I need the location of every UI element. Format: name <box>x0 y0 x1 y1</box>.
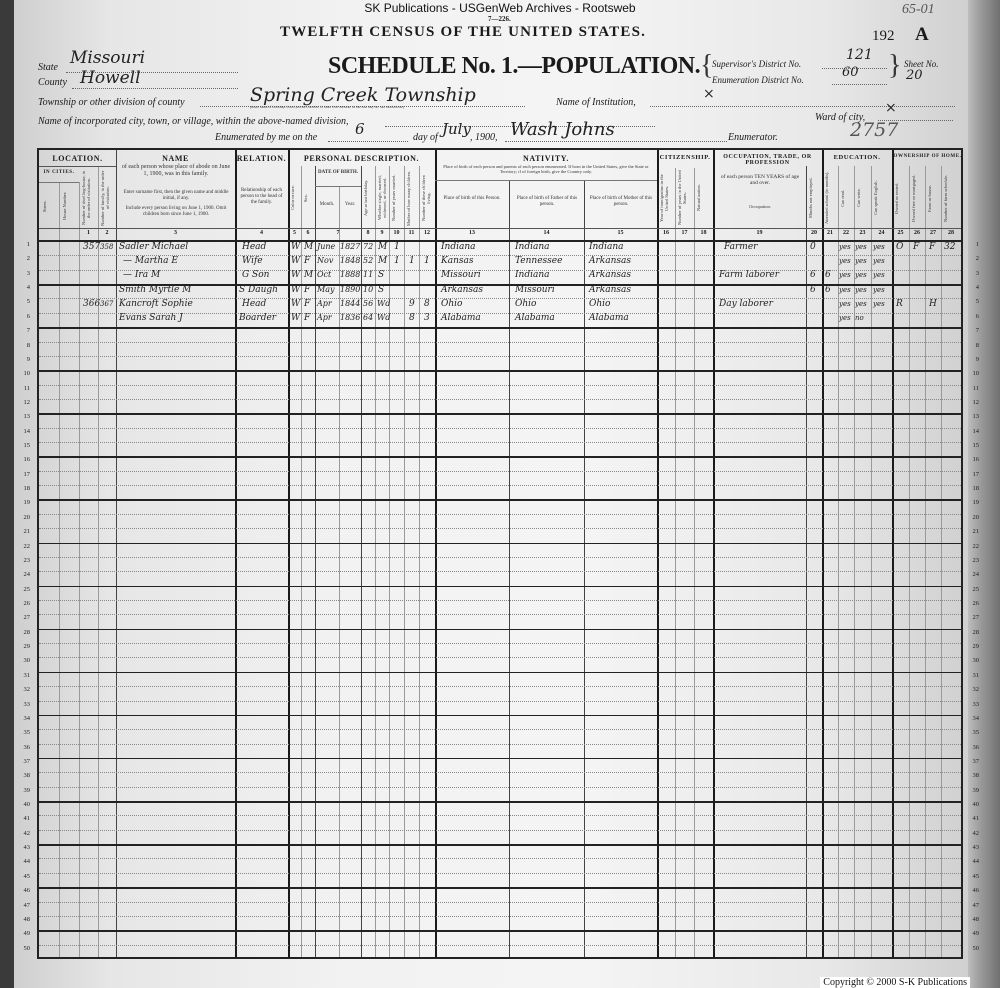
colnum: 4 <box>235 230 288 236</box>
county-label: County <box>38 77 67 88</box>
line-number: 10 <box>16 370 30 377</box>
colnum: 2 <box>98 230 116 236</box>
line-number: 40 <box>16 801 30 808</box>
line-number: 41 <box>965 815 979 822</box>
cell-father-birth: Alabama <box>515 312 555 324</box>
cell-write: yes <box>855 298 867 310</box>
row-rule <box>39 485 961 486</box>
cell-birth: Alabama <box>441 312 481 324</box>
row-rule <box>39 672 961 674</box>
census-title: TWELFTH CENSUS OF THE UNITED STATES. <box>280 24 646 41</box>
cell-write: no <box>855 312 864 324</box>
line-number: 37 <box>965 758 979 765</box>
enumerated-day-field <box>328 131 408 142</box>
cell-relation: G Son <box>242 269 269 281</box>
cell-birth: Kansas <box>441 255 474 267</box>
cell-year: 1848 <box>340 255 360 267</box>
row-rule <box>39 945 961 946</box>
scan-left-edge <box>0 0 14 988</box>
line-number: 37 <box>16 758 30 765</box>
cell-marital: S <box>378 269 384 281</box>
line-number: 33 <box>16 701 30 708</box>
cell-read: yes <box>839 241 851 253</box>
colnum: 23 <box>854 230 871 236</box>
row-rule <box>39 600 961 601</box>
cell-marital: M <box>378 255 387 267</box>
cell-dwelling: 366 <box>83 298 100 310</box>
cell-unemployed: 0 <box>810 241 816 253</box>
row-rule <box>39 557 961 558</box>
row-rule <box>39 614 961 615</box>
supervisor-district: 121 <box>846 47 873 63</box>
cell-dwelling: 357 <box>83 241 100 253</box>
vh-can-write: Can write. <box>856 170 869 226</box>
row-rule <box>39 543 961 545</box>
row-rule <box>39 528 961 529</box>
name-sub3: Include every person living on June 1, 1… <box>121 206 231 218</box>
township-hint: [Insert name of township, town, precinct… <box>250 105 530 109</box>
cell-month: Nov <box>317 255 333 267</box>
cell-family: 358 <box>100 241 113 253</box>
row-rule <box>39 413 961 415</box>
line-number: 38 <box>965 772 979 779</box>
vh-speak-english: Can speak English. <box>873 170 890 226</box>
cell-farm: F <box>929 241 935 253</box>
colnum: 19 <box>713 230 806 236</box>
cell-name: Kancroft Sophie <box>119 298 193 310</box>
line-number: 4 <box>16 284 30 291</box>
table-row[interactable]: — Martha E Wife W F Nov 1848 52 M 1 1 1 … <box>39 255 961 269</box>
line-number: 15 <box>16 442 30 449</box>
enumerator-label: Enumerator. <box>728 132 778 143</box>
row-rule <box>39 715 961 717</box>
cell-write: yes <box>855 269 867 281</box>
line-number: 22 <box>965 543 979 550</box>
cell-name: Evans Sarah J <box>119 312 183 324</box>
line-number: 9 <box>965 356 979 363</box>
occupation-col-label: Occupation. <box>717 204 803 210</box>
cell-mortgage: F <box>913 241 919 253</box>
line-number: 47 <box>16 902 30 909</box>
line-number: 11 <box>16 385 30 392</box>
section-education: EDUCATION. <box>822 154 892 161</box>
row-rule <box>39 657 961 658</box>
colnum: 20 <box>806 230 822 236</box>
township-label: Township or other division of county <box>38 97 185 108</box>
supervisor-district-label: Supervisor's District No. <box>712 59 801 69</box>
date-of-birth-label: DATE OF BIRTH. <box>315 170 361 176</box>
cell-mother-birth: Arkansas <box>589 284 631 296</box>
line-number: 5 <box>965 298 979 305</box>
row-rule <box>39 916 961 917</box>
colnum: 6 <box>301 230 315 236</box>
table-row[interactable]: Evans Sarah J Boarder W F Apr 1836 64 Wd… <box>39 312 961 326</box>
cell-name: — Ira M <box>123 269 160 281</box>
line-number: 21 <box>16 528 30 535</box>
cell-schedule: 32 <box>944 241 955 253</box>
cell-children-living: 8 <box>424 298 430 310</box>
line-number: 33 <box>965 701 979 708</box>
line-number: 29 <box>16 643 30 650</box>
colnum: 18 <box>694 230 713 236</box>
table-row[interactable]: Smith Myrtle M S Daugh W F May 1890 10 S… <box>39 284 961 298</box>
page-side: A <box>915 24 929 46</box>
vh-farm-house: Farm or house. <box>927 170 939 226</box>
colnum: 10 <box>389 230 404 236</box>
section-location: LOCATION. <box>39 154 116 163</box>
cell-english: yes <box>873 284 885 296</box>
line-number: 2 <box>965 255 979 262</box>
cell-sex: F <box>304 284 310 296</box>
margin-number: 2757 <box>850 119 898 141</box>
cell-age: 56 <box>363 298 373 310</box>
line-number: 25 <box>16 586 30 593</box>
cell-age: 64 <box>363 312 373 324</box>
row-rule <box>39 428 961 429</box>
cell-father-birth: Indiana <box>515 269 550 281</box>
line-number: 21 <box>965 528 979 535</box>
vh-school: Attended school (in months). <box>824 170 836 226</box>
cell-mother-birth: Arkansas <box>589 269 631 281</box>
row-rule <box>39 456 961 458</box>
vh-mortgaged: Owned free or mortgaged. <box>911 170 923 226</box>
line-number: 36 <box>965 744 979 751</box>
colnum: 3 <box>116 230 235 236</box>
name-sub1: of each person whose place of abode on J… <box>121 164 231 178</box>
row-rule <box>39 758 961 760</box>
colnum: 12 <box>419 230 435 236</box>
line-number: 26 <box>965 600 979 607</box>
cell-color: W <box>291 269 300 281</box>
row-rule <box>39 729 961 730</box>
line-number: 11 <box>965 385 979 392</box>
colnum: 11 <box>404 230 419 236</box>
enumerated-month: July <box>442 120 471 138</box>
colnum: 7 <box>315 230 361 236</box>
colnum: 5 <box>288 230 301 236</box>
section-citizenship: CITIZENSHIP. <box>657 154 713 161</box>
table-row[interactable]: 366 367 Kancroft Sophie Head W F Apr 184… <box>39 298 961 312</box>
line-number: 20 <box>965 514 979 521</box>
cell-color: W <box>291 284 300 296</box>
colnum: 21 <box>822 230 838 236</box>
ward-value: × <box>885 100 897 116</box>
line-number: 16 <box>16 456 30 463</box>
colnum: 13 <box>435 230 509 236</box>
cell-year: 1890 <box>340 284 360 296</box>
line-number: 31 <box>16 672 30 679</box>
cell-age: 72 <box>363 241 373 253</box>
line-number: 42 <box>16 830 30 837</box>
row-rule <box>39 686 961 687</box>
cell-write: yes <box>855 255 867 267</box>
line-number: 39 <box>16 787 30 794</box>
line-number: 1 <box>16 241 30 248</box>
line-number: 3 <box>965 270 979 277</box>
year-label: Year. <box>339 202 361 208</box>
line-number: 49 <box>965 930 979 937</box>
cell-relation: Boarder <box>239 312 276 324</box>
line-number: 24 <box>16 571 30 578</box>
line-number: 13 <box>965 413 979 420</box>
line-number: 38 <box>16 772 30 779</box>
scan-right-edge <box>968 0 1000 988</box>
month-label: Month. <box>315 202 339 208</box>
cell-mother-birth: Arkansas <box>589 255 631 267</box>
line-number: 12 <box>965 399 979 406</box>
section-relation: RELATION. <box>235 154 288 163</box>
row-rule <box>39 571 961 572</box>
line-number: 43 <box>965 844 979 851</box>
line-number: 3 <box>16 270 30 277</box>
vh-children-living: Number of these children living. <box>421 170 433 226</box>
cell-children-living: 1 <box>424 255 430 267</box>
vh-years-us: Number of years in the United States. <box>677 170 692 226</box>
line-number: 15 <box>965 442 979 449</box>
line-number: 23 <box>16 557 30 564</box>
cell-unemployed: 6 <box>810 269 816 281</box>
vh-naturalization: Naturalization. <box>696 170 711 226</box>
cell-birth: Ohio <box>441 298 462 310</box>
cell-relation: Wife <box>242 255 263 267</box>
cell-color: W <box>291 255 300 267</box>
township-value: Spring Creek Township <box>250 84 476 106</box>
cell-occupation: Day laborer <box>719 298 773 310</box>
cell-mother-birth: Indiana <box>589 241 624 253</box>
line-number: 34 <box>16 715 30 722</box>
line-number: 46 <box>965 887 979 894</box>
birth-father-label: Place of birth of Father of this person. <box>513 196 581 208</box>
line-number: 5 <box>16 298 30 305</box>
row-rule <box>39 787 961 788</box>
copyright-notice: Copyright © 2000 S-K Publications <box>820 977 970 988</box>
cell-unemployed: 6 <box>810 284 816 296</box>
institution-label: Name of Institution, <box>556 97 636 108</box>
cell-birth: Missouri <box>441 269 481 281</box>
line-number: 34 <box>965 715 979 722</box>
cell-farm: H <box>929 298 937 310</box>
cell-marital: Wd <box>377 312 390 324</box>
year-label: , 1900, <box>470 132 498 143</box>
colnum: 16 <box>657 230 675 236</box>
line-number: 32 <box>16 686 30 693</box>
cell-relation: Head <box>242 298 266 310</box>
line-number: 30 <box>16 657 30 664</box>
line-number: 18 <box>965 485 979 492</box>
vh-age: Age at last birthday. <box>363 170 373 226</box>
cell-color: W <box>291 298 300 310</box>
vh-can-read: Can read. <box>840 170 852 226</box>
cell-read: yes <box>839 312 851 324</box>
row-rule <box>39 873 961 874</box>
cell-english: yes <box>873 298 885 310</box>
cell-years-married: 1 <box>394 255 400 267</box>
day-of-label: day of <box>413 132 438 143</box>
page-number: 192 <box>872 28 895 45</box>
cell-sex: F <box>304 255 310 267</box>
row-rule <box>39 586 961 588</box>
line-number: 50 <box>965 945 979 952</box>
nativity-sub: Place of birth of each person and parent… <box>439 164 653 174</box>
row-rule <box>39 385 961 386</box>
row-rule <box>39 858 961 859</box>
row-rule <box>39 772 961 773</box>
line-number: 20 <box>16 514 30 521</box>
line-number: 23 <box>965 557 979 564</box>
cell-month: Oct <box>317 269 331 281</box>
cell-read: yes <box>839 269 851 281</box>
table-row[interactable]: 357 358 Sadler Michael Head W M June 182… <box>39 241 961 255</box>
cell-sex: M <box>304 269 313 281</box>
cell-month: May <box>317 284 334 296</box>
line-number: 6 <box>16 313 30 320</box>
state-value: Missouri <box>70 48 145 68</box>
line-number: 28 <box>965 629 979 636</box>
cell-month: Apr <box>317 298 332 310</box>
line-number: 6 <box>965 313 979 320</box>
cell-father-birth: Indiana <box>515 241 550 253</box>
cell-age: 52 <box>363 255 373 267</box>
colnum: 17 <box>675 230 694 236</box>
line-number: 46 <box>16 887 30 894</box>
colnum: 9 <box>375 230 389 236</box>
cell-father-birth: Missouri <box>515 284 555 296</box>
cell-english: yes <box>873 241 885 253</box>
cell-name: Smith Myrtle M <box>119 284 191 296</box>
line-number: 26 <box>16 600 30 607</box>
cell-name: — Martha E <box>123 255 178 267</box>
source-banner: SK Publications - USGenWeb Archives - Ro… <box>0 1 1000 15</box>
vh-street: Street. <box>42 186 56 226</box>
vh-color: Color or race. <box>290 170 300 226</box>
cell-name: Sadler Michael <box>119 241 188 253</box>
cell-father-birth: Tennessee <box>515 255 562 267</box>
line-number: 14 <box>16 428 30 435</box>
vh-marital: Whether single, married, widowed, or div… <box>377 170 387 226</box>
cell-marital: Wd <box>377 298 390 310</box>
enumerated-label: Enumerated by me on the <box>215 132 317 143</box>
line-number: 28 <box>16 629 30 636</box>
vh-owned-rented: Owned or rented. <box>894 170 907 226</box>
section-nativity: NATIVITY. <box>435 154 657 163</box>
vh-months-unemployed: Months not employed. <box>808 170 820 226</box>
right-brace: } <box>888 52 901 80</box>
colnum: 27 <box>925 230 941 236</box>
row-rule <box>39 930 961 932</box>
name-sub2: Enter surname first, then the given name… <box>121 190 231 202</box>
cell-school: 6 <box>825 284 831 296</box>
schedule-title: SCHEDULE No. 1.—POPULATION. <box>328 53 700 80</box>
cell-sex: F <box>304 298 310 310</box>
line-number: 48 <box>16 916 30 923</box>
line-number: 10 <box>965 370 979 377</box>
cell-father-birth: Ohio <box>515 298 536 310</box>
cell-sex: F <box>304 312 310 324</box>
enumerated-day: 6 <box>355 120 365 138</box>
row-rule <box>39 399 961 400</box>
birth-person-label: Place of birth of this Person. <box>439 196 505 202</box>
section-occupation: OCCUPATION, TRADE, OR PROFESSION <box>713 154 822 166</box>
row-rule <box>39 744 961 745</box>
vh-house: House Number. <box>62 186 76 226</box>
birth-mother-label: Place of birth of Mother of this person. <box>588 196 654 208</box>
line-number: 32 <box>965 686 979 693</box>
line-number: 7 <box>965 327 979 334</box>
cell-children-born: 9 <box>409 298 415 310</box>
line-number: 44 <box>16 858 30 865</box>
colnum: 8 <box>361 230 375 236</box>
cell-children-born: 8 <box>409 312 415 324</box>
row-rule <box>39 499 961 501</box>
cell-marital: M <box>378 241 387 253</box>
line-number: 49 <box>16 930 30 937</box>
vh-family: Number of family, in the order of visita… <box>100 170 115 226</box>
corner-note: 65-01 <box>902 2 935 18</box>
cell-write: yes <box>855 284 867 296</box>
cell-occupation: Farm laborer <box>719 269 779 281</box>
row-rule <box>39 815 961 816</box>
colnum: 24 <box>871 230 892 236</box>
cell-owned: O <box>896 241 903 253</box>
section-ownership: OWNERSHIP OF HOME. <box>892 154 963 159</box>
enumerator-field <box>505 131 727 142</box>
line-number: 50 <box>16 945 30 952</box>
line-number: 8 <box>965 342 979 349</box>
cell-children-living: 3 <box>424 312 430 324</box>
line-number: 42 <box>965 830 979 837</box>
vh-immigration: Year of immigration to the United States… <box>659 170 673 226</box>
line-number: 44 <box>965 858 979 865</box>
cell-color: W <box>291 312 300 324</box>
enumeration-district-field <box>832 74 887 85</box>
row-rule <box>39 342 961 343</box>
row-rule <box>39 887 961 889</box>
line-number: 45 <box>965 873 979 880</box>
line-number: 17 <box>16 471 30 478</box>
line-number: 39 <box>965 787 979 794</box>
colnum: 14 <box>509 230 584 236</box>
colnum: 15 <box>584 230 657 236</box>
sheet-number: 20 <box>906 68 923 83</box>
cell-year: 1844 <box>340 298 360 310</box>
cell-read: yes <box>839 298 851 310</box>
cell-year: 1888 <box>340 269 360 281</box>
table-row[interactable]: — Ira M G Son W M Oct 1888 11 S Missouri… <box>39 269 961 283</box>
colnum: 25 <box>892 230 909 236</box>
enumeration-district: 60 <box>842 65 859 80</box>
state-label: State <box>38 62 58 73</box>
line-number: 40 <box>965 801 979 808</box>
cell-year: 1827 <box>340 241 360 253</box>
relation-sub: Relationship of each person to the head … <box>239 188 284 206</box>
cell-years-married: 1 <box>394 241 400 253</box>
line-number: 35 <box>16 729 30 736</box>
cell-year: 1836 <box>340 312 360 324</box>
row-rule <box>39 701 961 702</box>
institution-value: × <box>703 86 715 102</box>
line-number: 41 <box>16 815 30 822</box>
county-value: Howell <box>80 68 141 88</box>
cell-age: 11 <box>363 269 373 281</box>
section-personal-description: PERSONAL DESCRIPTION. <box>288 154 435 163</box>
row-rule <box>39 514 961 515</box>
line-number: 25 <box>965 586 979 593</box>
line-number: 47 <box>965 902 979 909</box>
line-number: 29 <box>965 643 979 650</box>
cell-relation: Head <box>242 241 266 253</box>
vh-dwelling: Number of dwelling-house, in the order o… <box>81 170 96 226</box>
cell-school: 6 <box>825 269 831 281</box>
